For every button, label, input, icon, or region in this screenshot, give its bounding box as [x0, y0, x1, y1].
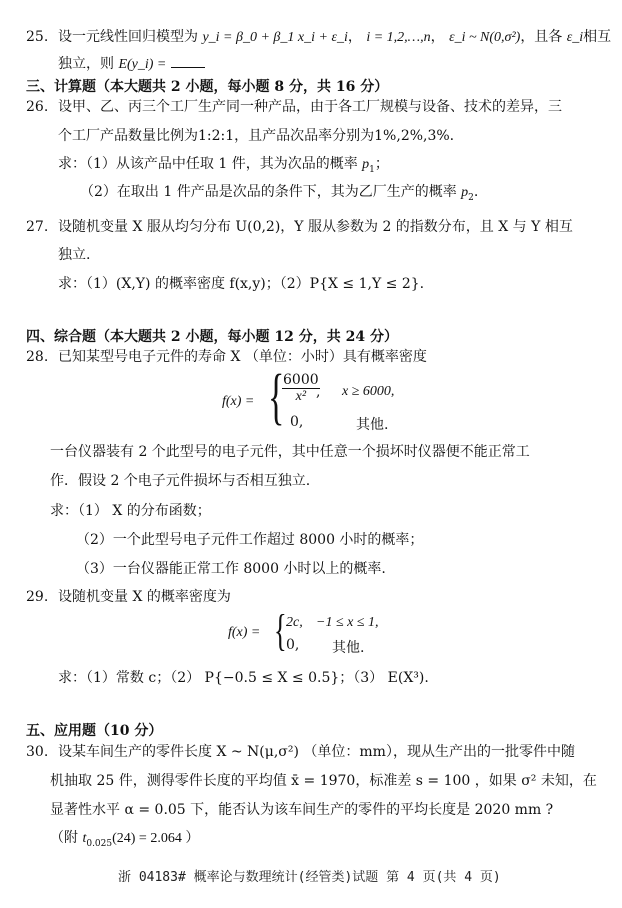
- t-sub: 0.025: [86, 839, 112, 849]
- q30-line3: 显著性水平 α = 0.05 下，能否认为该车间生产的零件的平均长度是 2020…: [50, 801, 553, 819]
- section-3-title: 三、计算题（本大题共 2 小题，每小题 8 分，共 16 分）: [26, 78, 388, 96]
- q30-text: 设某车间生产的零件长度 X ~ N(μ,σ²) （单位：mm），现从生产出的一批…: [58, 744, 575, 760]
- q28-density-formula: f(x) = { 6000 x² , x ≥ 6000, 0, 其他.: [222, 372, 422, 434]
- q26-text: 设甲、乙、丙三个工厂生产同一种产品，由于各工厂规模与设备、技术的差异，三: [58, 99, 562, 115]
- q25-line2: 独立，则 E(y_i) =: [58, 55, 205, 74]
- question-number: 26.: [26, 98, 58, 116]
- q25-text: 独立，则: [58, 56, 114, 72]
- denominator: x²: [282, 389, 320, 405]
- error-distribution: ε_i ~ N(0,σ²): [449, 30, 520, 45]
- q27-line2: 独立.: [58, 246, 90, 264]
- answer-blank[interactable]: [171, 55, 205, 68]
- epsilon: ε_i: [567, 30, 583, 45]
- q25-line1: 25.设一元线性回归模型为 y_i = β_0 + β_1 x_i + ε_i，…: [26, 28, 611, 47]
- q30-note: （附 t0.025(24) = 2.064 ）: [50, 829, 199, 848]
- case2-condition: 其他.: [332, 637, 364, 657]
- case2-value: 0,: [286, 637, 299, 653]
- q26-ask1-text: 求：（1）从该产品中任取 1 件，其为次品的概率: [58, 156, 358, 172]
- case2-condition: 其他.: [356, 414, 388, 434]
- q26-ask1: 求：（1）从该产品中任取 1 件，其为次品的概率 p1；: [58, 155, 389, 174]
- q25-sep: ，: [348, 29, 362, 45]
- q27-ask: 求：（1）(X,Y) 的概率密度 f(x,y)；（2）P{X ≤ 1,Y ≤ 2…: [58, 275, 424, 293]
- q29-density-formula: f(x) = { 2c, −1 ≤ x ≤ 1, 0, 其他.: [228, 613, 408, 657]
- q27-text: 设随机变量 X 服从均匀分布 U(0,2)，Y 服从参数为 2 的指数分布，且 …: [58, 219, 573, 235]
- fx-label: f(x) =: [228, 625, 260, 641]
- q28-text1: 一台仪器装有 2 个此型号的电子元件，其中任意一个损坏时仪器便不能正常工: [50, 443, 530, 461]
- section-4-title: 四、综合题（本大题共 2 小题，每小题 12 分，共 24 分）: [26, 328, 398, 346]
- question-number: 27.: [26, 218, 58, 236]
- expectation: E(y_i) =: [118, 57, 166, 72]
- fx-label: f(x) =: [222, 394, 254, 410]
- q28-text: 已知某型号电子元件的寿命 X （单位：小时）具有概率密度: [58, 349, 427, 365]
- case2-value: 0,: [290, 414, 303, 430]
- question-number: 29.: [26, 588, 58, 606]
- numerator: 6000: [282, 372, 320, 389]
- question-number: 25.: [26, 28, 58, 46]
- q30-line2: 机抽取 25 件，测得零件长度的平均值 x̄ = 1970，标准差 s = 10…: [50, 772, 597, 790]
- note-value: (24) = 2.064 ）: [112, 831, 199, 846]
- q28-ask1: 求：（1） X 的分布函数；: [50, 502, 211, 520]
- q26-line1: 26.设甲、乙、丙三个工厂生产同一种产品，由于各工厂规模与设备、技术的差异，三: [26, 98, 562, 116]
- q29-line1: 29.设随机变量 X 的概率密度为: [26, 588, 231, 606]
- question-number: 28.: [26, 348, 58, 366]
- q26-ask2: （2）在取出 1 件产品是次品的条件下，其为乙厂生产的概率 p2.: [80, 183, 478, 202]
- case1-value: 2c,: [286, 615, 303, 631]
- left-brace-icon: {: [274, 609, 287, 653]
- punct: ；: [375, 156, 389, 172]
- question-number: 30.: [26, 743, 58, 761]
- q26-line2: 个工厂产品数量比例为1:2:1，且产品次品率分别为1%,2%,3%.: [58, 127, 454, 145]
- q25-text: 相互: [583, 29, 611, 45]
- index-range: i = 1,2,…,n: [366, 30, 430, 45]
- q28-ask3: （3）一台仪器能正常工作 8000 小时以上的概率.: [76, 560, 386, 578]
- page-footer: 浙 04183# 概率论与数理统计(经管类)试题 第 4 页(共 4 页): [118, 869, 501, 887]
- q26-ask2-text: （2）在取出 1 件产品是次品的条件下，其为乙厂生产的概率: [80, 184, 457, 200]
- punct: .: [474, 184, 478, 200]
- q30-line1: 30.设某车间生产的零件长度 X ~ N(μ,σ²) （单位：mm），现从生产出…: [26, 743, 575, 761]
- q27-line1: 27.设随机变量 X 服从均匀分布 U(0,2)，Y 服从参数为 2 的指数分布…: [26, 218, 573, 236]
- q28-ask2: （2）一个此型号电子元件工作超过 8000 小时的概率；: [76, 531, 423, 549]
- case1-condition: x ≥ 6000,: [342, 384, 394, 400]
- q28-text2: 作．假设 2 个电子元件损坏与否相互独立.: [50, 472, 310, 490]
- q25-text: ，且各: [520, 29, 562, 45]
- q25-text: 设一元线性回归模型为: [58, 29, 198, 45]
- regression-model: y_i = β_0 + β_1 x_i + ε_i: [202, 30, 347, 45]
- note-prefix: （附: [50, 830, 78, 846]
- q25-sep: ，: [431, 29, 445, 45]
- q28-line1: 28.已知某型号电子元件的寿命 X （单位：小时）具有概率密度: [26, 348, 427, 366]
- q29-ask: 求：（1）常数 c；（2） P{−0.5 ≤ X ≤ 0.5}；（3） E(X³…: [58, 669, 429, 687]
- q29-text: 设随机变量 X 的概率密度为: [58, 589, 231, 605]
- fraction: 6000 x²: [282, 372, 320, 405]
- case1-condition: −1 ≤ x ≤ 1,: [316, 615, 379, 631]
- section-5-title: 五、应用题（10 分）: [26, 722, 162, 740]
